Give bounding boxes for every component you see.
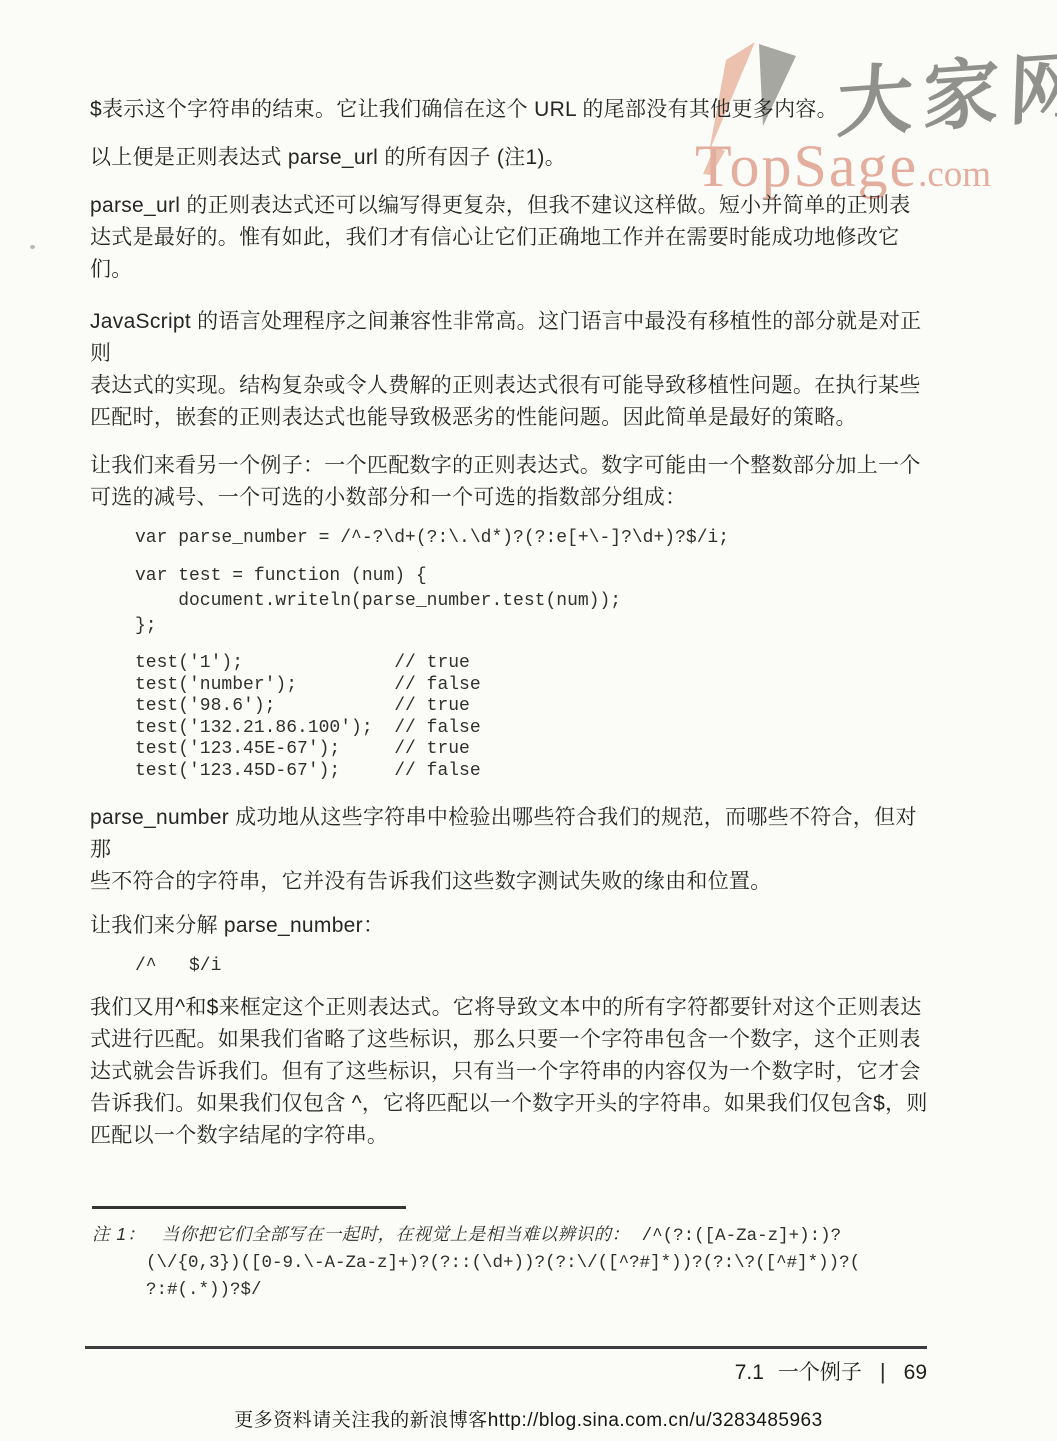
footnote-label: 注 1：: [92, 1224, 146, 1244]
footnote: 注 1：当你把它们全部写在一起时，在视觉上是相当难以辨识的：/^(?:([A-Z…: [92, 1206, 938, 1304]
footer-separator: |: [876, 1359, 890, 1385]
paragraph-parse-number-result: parse_number 成功地从这些字符串中检验出哪些符合我们的规范，而哪些不…: [90, 802, 928, 898]
footnote-regex-continuation: (\/{0,3})([0-9.\-A-Za-z]+)?(?::(\d+))?(?…: [146, 1250, 938, 1304]
scan-speck: [30, 245, 35, 249]
footer: 7.1 一个例子 | 69: [735, 1356, 927, 1386]
watermark-brand-en-tld: .com: [918, 154, 991, 195]
footnote-intro: 当你把它们全部写在一起时，在视觉上是相当难以辨识的：: [162, 1224, 630, 1244]
paragraph-decompose-intro: 让我们来分解 parse_number：: [90, 910, 928, 942]
paragraph-keep-simple: parse_url 的正则表达式还可以编写得更复杂，但我不建议这样做。短小并简单…: [90, 190, 928, 286]
paragraph-number-example-intro: 让我们来看另一个例子：一个匹配数字的正则表达式。数字可能由一个整数部分加上一个 …: [90, 450, 928, 514]
code-test-function: var test = function (num) { document.wri…: [135, 564, 928, 639]
footer-divider: [85, 1346, 927, 1349]
book-page: 大家网 TopSage.com $表示这个字符串的结束。它让我们确信在这个 UR…: [0, 0, 1057, 1441]
footnote-divider: [92, 1206, 406, 1209]
footer-section-number: 7.1: [735, 1361, 764, 1385]
code-regex-frame: /^ $/i: [135, 954, 928, 978]
paragraph-anchors-explanation: 我们又用^和$来框定这个正则表达式。它将导致文本中的所有字符都要针对这个正则表达…: [90, 992, 928, 1152]
page-content: $表示这个字符串的结束。它让我们确信在这个 URL 的尾部没有其他更多内容。 以…: [90, 94, 928, 1168]
code-test-calls: test('1'); // true test('number'); // fa…: [135, 653, 928, 782]
footer-section-title: 一个例子: [778, 1356, 862, 1386]
paragraph-compatibility: JavaScript 的语言处理程序之间兼容性非常高。这门语言中最没有移植性的部…: [90, 306, 928, 434]
footnote-regex-start: /^(?:([A-Za-z]+):)?: [642, 1226, 842, 1246]
code-parse-number-regex: var parse_number = /^-?\d+(?:\.\d*)?(?:e…: [135, 526, 928, 550]
footnote-first-line: 注 1：当你把它们全部写在一起时，在视觉上是相当难以辨识的：/^(?:([A-Z…: [92, 1221, 938, 1250]
paragraph-parse-url-factors: 以上便是正则表达式 parse_url 的所有因子 (注1)。: [90, 142, 928, 174]
blog-promo-note: 更多资料请关注我的新浪博客http://blog.sina.com.cn/u/3…: [0, 1405, 1057, 1432]
footer-page-number: 69: [904, 1361, 927, 1385]
paragraph-url-end: $表示这个字符串的结束。它让我们确信在这个 URL 的尾部没有其他更多内容。: [90, 94, 928, 126]
